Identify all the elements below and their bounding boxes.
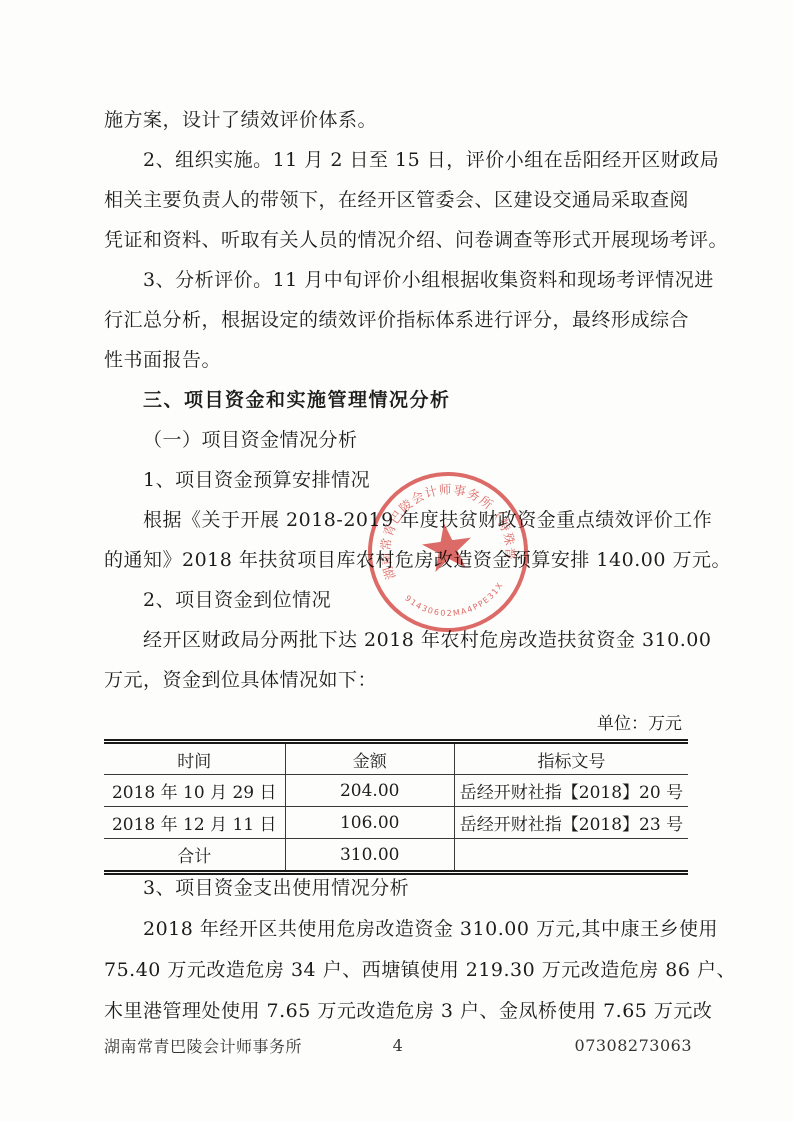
text-line: 万元，资金到位具体情况如下： xyxy=(104,660,694,700)
footer-firm-name: 湖南常青巴陵会计师事务所 xyxy=(104,1034,358,1057)
table-header-cell: 指标文号 xyxy=(454,742,688,775)
text-line: 3、分析评价。11 月中旬评价小组根据收集资料和现场考评情况进 xyxy=(104,260,694,300)
text-line: 凭证和资料、听取有关人员的情况介绍、问卷调查等形式开展现场考评。 xyxy=(104,220,694,260)
table-header-cell: 时间 xyxy=(104,742,285,775)
subsection-title: 1、项目资金预算安排情况 xyxy=(104,460,694,500)
subsection-title: 3、项目资金支出使用情况分析 xyxy=(104,868,694,909)
text-line: 的通知》2018 年扶贫项目库农村危房改造资金预算安排 140.00 万元。 xyxy=(104,540,694,580)
text-line: 木里港管理处使用 7.65 万元改造危房 3 户、金凤桥使用 7.65 万元改 xyxy=(104,991,694,1032)
table-cell: 2018 年 12 月 11 日 xyxy=(104,807,285,839)
table-header-row: 时间 金额 指标文号 xyxy=(104,742,688,775)
table-cell: 2018 年 10 月 29 日 xyxy=(104,775,285,807)
text-line: 行汇总分析，根据设定的绩效评价指标体系进行评分，最终形成综合 xyxy=(104,300,694,340)
page-footer: 湖南常青巴陵会计师事务所 4 07308273063 xyxy=(104,1034,692,1057)
subsection-title: （一）项目资金情况分析 xyxy=(104,420,694,460)
table-header-cell: 金额 xyxy=(285,742,454,775)
table-cell: 岳经开财社指【2018】23 号 xyxy=(454,807,688,839)
table-cell: 106.00 xyxy=(285,807,454,839)
text-line: 相关主要负责人的带领下，在经开区管委会、区建设交通局采取查阅 xyxy=(104,180,694,220)
page-number: 4 xyxy=(358,1036,438,1055)
body-text-block: 3、项目资金支出使用情况分析 2018 年经开区共使用危房改造资金 310.00… xyxy=(104,868,694,1032)
text-line: 性书面报告。 xyxy=(104,340,694,380)
table-cell: 204.00 xyxy=(285,775,454,807)
table-cell: 岳经开财社指【2018】20 号 xyxy=(454,775,688,807)
table-row: 2018 年 10 月 29 日 204.00 岳经开财社指【2018】20 号 xyxy=(104,775,688,807)
body-text-block: 施方案，设计了绩效评价体系。 2、组织实施。11 月 2 日至 15 日，评价小… xyxy=(104,100,694,700)
funds-arrival-table: 时间 金额 指标文号 2018 年 10 月 29 日 204.00 岳经开财社… xyxy=(104,739,688,875)
text-line: 根据《关于开展 2018-2019 年度扶贫财政资金重点绩效评价工作 xyxy=(104,500,694,540)
footer-phone-number: 07308273063 xyxy=(438,1036,692,1055)
subsection-title: 2、项目资金到位情况 xyxy=(104,580,694,620)
text-line: 施方案，设计了绩效评价体系。 xyxy=(104,100,694,140)
text-line: 经开区财政局分两批下达 2018 年农村危房改造扶贫资金 310.00 xyxy=(104,620,694,660)
text-line: 2018 年经开区共使用危房改造资金 310.00 万元,其中康王乡使用 xyxy=(104,909,694,950)
table-row: 2018 年 12 月 11 日 106.00 岳经开财社指【2018】23 号 xyxy=(104,807,688,839)
document-page: 施方案，设计了绩效评价体系。 2、组织实施。11 月 2 日至 15 日，评价小… xyxy=(0,0,793,1121)
text-line: 75.40 万元改造危房 34 户、西塘镇使用 219.30 万元改造危房 86… xyxy=(104,950,694,991)
section-heading: 三、项目资金和实施管理情况分析 xyxy=(104,380,694,420)
text-line: 2、组织实施。11 月 2 日至 15 日，评价小组在岳阳经开区财政局 xyxy=(104,140,694,180)
table-unit-label: 单位：万元 xyxy=(104,712,682,736)
